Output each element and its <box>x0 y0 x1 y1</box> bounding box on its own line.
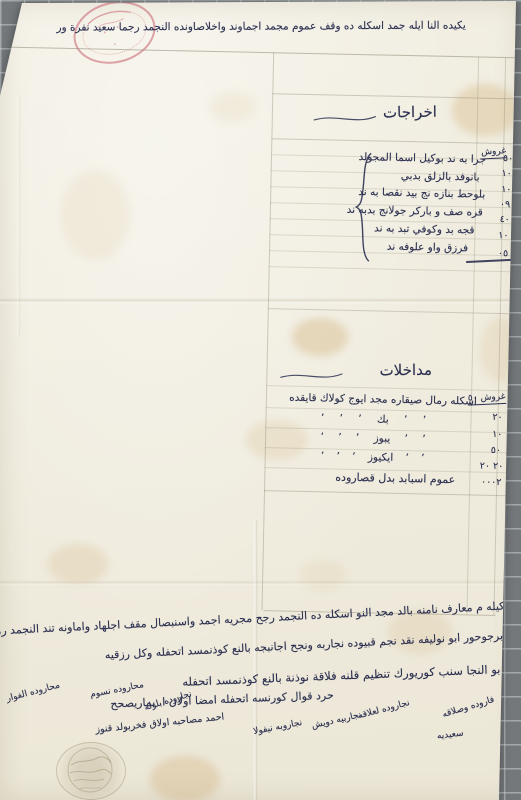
round-ink-seal <box>56 742 126 800</box>
title-line: يكيده النا ايله جمد اسكله ده وقف عموم مج… <box>106 20 466 34</box>
section-expenses-header: اخراجات <box>383 103 437 122</box>
signature: نجاربيه دويش <box>311 710 363 731</box>
ruled-line <box>269 234 517 240</box>
section-receipts-header: مداخلات <box>379 361 432 380</box>
amount: ٥٠ <box>497 153 519 164</box>
amount: ٢٠ <box>485 412 509 424</box>
amount: ١٠ <box>495 184 517 195</box>
signature: نجاروده لعلاقه <box>357 698 411 721</box>
expense-row: قجه بد وكوفي تبد به ند <box>352 222 474 237</box>
ruled-line <box>271 138 519 144</box>
expense-row: بلوحط بنازه نج بيد نقصا به ند <box>353 186 485 201</box>
document-content: يكيده النا ايله جمد اسكله ده وقف عموم مج… <box>0 0 521 800</box>
ruled-line <box>272 93 520 99</box>
ruled-line <box>7 47 521 59</box>
ruled-line <box>268 308 516 314</box>
photo-of-ottoman-document: { "doc": { "ink_color": "#2c3050", "pape… <box>0 0 521 800</box>
ruled-line-vertical <box>493 57 506 615</box>
expense-row: جرا به ند بوكيل اسما المجولد <box>354 151 486 166</box>
signature: سعيديه <box>436 729 464 742</box>
document-paper-wrap: يكيده النا ايله جمد اسكله ده وقف عموم مج… <box>0 0 521 800</box>
amount: ٢٠ ٢٠ <box>472 460 510 472</box>
header-tail-swash <box>312 111 378 126</box>
receipt-row: ٬ ٬ ايكيوز ٬ ٬ ٬ <box>288 450 458 466</box>
amount: ٠٥ <box>492 248 514 259</box>
ruled-line <box>269 266 517 272</box>
signature-line: احمد مصاحبه اولاق فخربولد قنوز <box>95 711 225 735</box>
receipt-row: ٬ ٬ بك ٬ ٬ ٬ <box>288 412 458 428</box>
amount: ١٠ <box>492 230 514 241</box>
signature: فاروده وصلاقه <box>441 695 495 720</box>
amount: ١٠ <box>496 168 518 179</box>
amount: ٠٠٠٢ <box>474 477 508 489</box>
receipt-row: ٬ ٬ يبوز ٬ ٬ ٬ <box>288 431 458 447</box>
ruled-line-vertical <box>262 52 275 610</box>
header-tail-swash <box>278 368 344 383</box>
receipt-row: اسكله رمال صيقاره مجد ايوج كولاك قايقده <box>277 391 477 407</box>
ruled-line <box>266 385 514 391</box>
amount: ٠٩ <box>494 199 516 210</box>
closing-paragraph-line: برجوحور ابو نوليفه نقد نجم قبيوده نجاربه… <box>1 629 503 667</box>
document-paper: يكيده النا ايله جمد اسكله ده وقف عموم مج… <box>0 0 521 800</box>
seal-calligraphy <box>57 743 123 797</box>
expense-row: قره صف و باركر جولانج بدبه ند <box>353 204 483 219</box>
expense-row: فرزق واو علوفه ند <box>352 240 468 254</box>
ruled-line-vertical <box>466 57 479 615</box>
amount: ٤٠ <box>494 214 516 225</box>
signature: نجاروبه نيفولا <box>253 718 303 737</box>
receipt-row: عموم اسبابد بدل قصاروده <box>287 470 455 487</box>
amount: ٥٠ <box>484 445 508 457</box>
amount: ١٠ <box>485 429 509 441</box>
ruled-line <box>264 490 512 496</box>
